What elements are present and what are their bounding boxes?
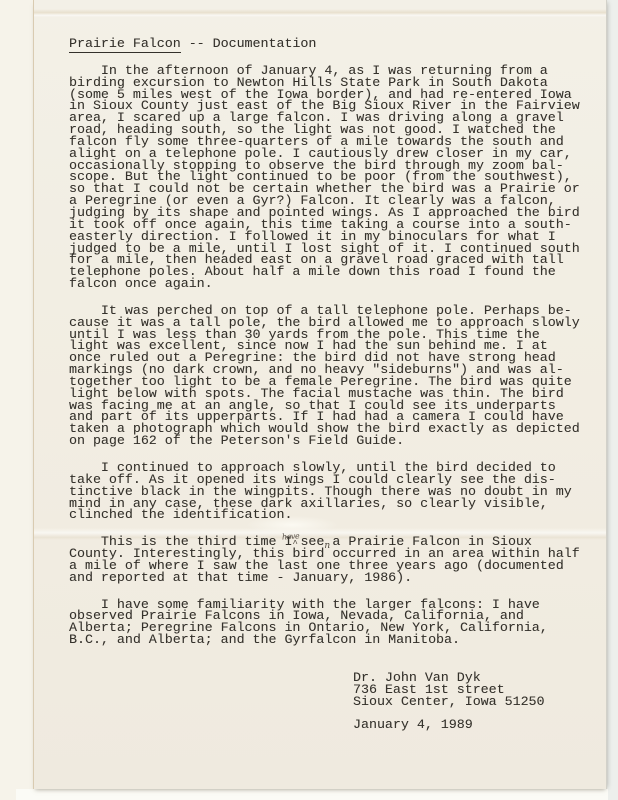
paragraph-5: I have some familiarity with the larger … bbox=[69, 599, 589, 646]
caret-mark: ^ bbox=[292, 540, 297, 549]
signature-address-2: Sioux Center, Iowa 51250 bbox=[353, 696, 589, 708]
signature-block: Dr. John Van Dyk736 East 1st streetSioux… bbox=[353, 672, 589, 708]
document-title-underlined: Prairie Falcon bbox=[69, 36, 181, 53]
paragraph-4: This is the third time I^haveseena Prair… bbox=[69, 536, 589, 583]
handwritten-word-have: have bbox=[282, 533, 300, 542]
paragraph-2: It was perched on top of a tall telephon… bbox=[69, 305, 589, 447]
paragraph-4-rest: County. Interestingly, this bird occurre… bbox=[69, 548, 589, 584]
document-page: Prairie Falcon -- Documentation In the a… bbox=[33, 0, 607, 789]
document-content: Prairie Falcon -- Documentation In the a… bbox=[69, 38, 589, 730]
paper-crease-top bbox=[34, 9, 606, 17]
scanned-document: Prairie Falcon -- Documentation In the a… bbox=[0, 0, 618, 800]
paragraph-1: In the afternoon of January 4, as I was … bbox=[69, 65, 589, 290]
paragraph-3: I continued to approach slowly, until th… bbox=[69, 462, 589, 521]
scan-background-bottom bbox=[16, 789, 608, 800]
document-date: January 4, 1989 bbox=[353, 719, 589, 731]
document-title-rest: -- Documentation bbox=[181, 36, 317, 51]
handwritten-letter-n: n bbox=[324, 542, 330, 551]
document-title: Prairie Falcon -- Documentation bbox=[69, 38, 589, 50]
scan-background-left bbox=[0, 0, 33, 800]
